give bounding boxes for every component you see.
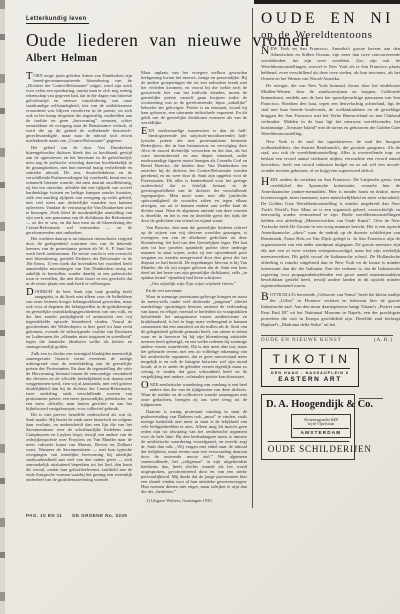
ad-hoogendijk-address-box: Keizersgracht 648 bij de Vijzelstraat AM… [291, 414, 351, 438]
ad-hoogendijk-street2: bij de Vijzelstraat [293, 422, 349, 426]
paragraph: TOEN enige jaren geleden Anton van Duink… [26, 73, 132, 143]
ad-hoogendijk-city: AMSTERDAM [293, 428, 349, 436]
page-footer: PAG. 10 EN 11DE GROENE No. 3249 [26, 513, 248, 518]
ad-hoogendijk-name: D. A. Hoogendijk & Co. [266, 399, 351, 410]
footer-issue: DE GROENE No. 3249 [72, 513, 127, 518]
paragraph: DOORDAT de heer Smit zijn taak grondig h… [26, 289, 132, 349]
article-left: Letterkundig leven Oude liederen van nie… [26, 7, 248, 518]
drop-cap: N [261, 46, 270, 56]
paragraph: Maar inplaats van het vroegere zielloos … [141, 70, 247, 125]
paragraph-text: NZE aesthetische waardering van vandaag … [141, 382, 247, 407]
caption-credit: (A.H.) [374, 338, 393, 343]
margin-dash-rule [359, 398, 383, 399]
paragraph: New York is de stad der superlatieven, d… [261, 139, 400, 174]
top-black-rule [254, 0, 400, 4]
article-title: Oude liederen van nieuwe vromen [26, 30, 248, 51]
paragraph: Zulk een in slechts een twintigtal bladz… [26, 351, 132, 411]
article-right: OUDE EN NI op de Wereldtentoons NEW York… [261, 8, 400, 460]
paragraph: Het wachten daarop is nu intussen ruimsc… [26, 236, 132, 286]
drop-cap: B [261, 292, 270, 302]
paragraph: Van Breecke, den man die geestelijke lie… [141, 225, 247, 280]
ad-tikotin-address: DEN HAAG - NASSAUPLEIN 6 [264, 371, 356, 375]
newspaper-page: Letterkundig leven Oude liederen van nie… [0, 0, 400, 614]
right-article-subtitle: op de Wereldtentoons [261, 29, 400, 41]
paragraph-text: EW York en San Francisco, Amerika's groo… [261, 46, 400, 81]
paragraph: Het geluid van de door Van Duinkerken bi… [26, 145, 132, 235]
ad-hoogendijk: D. A. Hoogendijk & Co. Keizersgracht 648… [261, 394, 355, 460]
footnote: 1) Uitgave Wolters, Groningen 1939. [141, 498, 247, 503]
paragraph: EEN merkwaardige tussenvorm is dan de ha… [141, 128, 247, 223]
ad-tikotin: TIKOTIN DEN HAAG - NASSAUPLEIN 6 EASTERN… [261, 348, 359, 388]
right-article-title: OUDE EN NI [261, 10, 400, 28]
verse-quote: „Om wijselijk wijn Zijn wijze wijsheid v… [141, 281, 247, 286]
caption-title: OUDE EN NIEUWE KUNST [261, 338, 342, 343]
paragraph: Waar in sommige protestants-gelovige kri… [141, 294, 247, 379]
section-label: Letterkundig leven [26, 16, 89, 24]
paragraph: Dit is niet precies hetzelfde onderschei… [26, 412, 132, 482]
article-body: TOEN enige jaren geleden Anton van Duink… [26, 70, 248, 504]
ad-hoogendijk-wrap: D. A. Hoogendijk & Co. Keizersgracht 648… [261, 394, 355, 460]
ad-hoogendijk-category: OUDE SCHILDERIJEN [268, 441, 350, 455]
column-divider-rule [252, 8, 253, 508]
paragraph-text: OTTICELLI's beroemde „Geboorte van Venus… [261, 292, 400, 327]
paragraph: NEW York en San Francisco, Amerika's gro… [261, 46, 400, 81]
ad-tikotin-rule [270, 368, 350, 369]
paragraph: BOTTICELLI's beroemde „Geboorte van Venu… [261, 292, 400, 327]
ad-tikotin-name: TIKOTIN [264, 352, 356, 366]
text-column-2: Maar inplaats van het vroegere zielloos … [141, 70, 247, 504]
paragraph-text: EN merkwaardige tussenvorm is dan de hal… [141, 128, 247, 223]
paragraph: Daarom is menig protestant vandaag in st… [141, 409, 247, 494]
paragraph-text: OORDAT de heer Smit zijn taak grondig he… [26, 289, 132, 349]
footer-page-numbers: PAG. 10 EN 11 [26, 513, 62, 518]
drop-cap: H [261, 177, 270, 187]
ad-tikotin-tagline: EASTERN ART [264, 376, 356, 383]
paragraph: HEEL anders de westkust en San Francisco… [261, 177, 400, 289]
paragraph-text: EEL anders de westkust en San Francisco.… [261, 177, 400, 288]
drop-cap: O [141, 382, 150, 391]
paragraph: En de rest navenant. [141, 288, 247, 293]
article-author: Albert Helman [26, 53, 248, 64]
drop-cap: D [26, 289, 35, 298]
scan-gutter-edge [0, 0, 5, 614]
paragraph: De reiziger, die van New York komend, dw… [261, 83, 400, 136]
article-continuation-caption: OUDE EN NIEUWE KUNST (A.H.) [261, 335, 393, 343]
text-column-1: TOEN enige jaren geleden Anton van Duink… [26, 70, 132, 504]
paragraph-text: OEN enige jaren geleden Anton van Duinke… [26, 73, 132, 143]
paragraph: ONZE aesthetische waardering van vandaag… [141, 382, 247, 407]
